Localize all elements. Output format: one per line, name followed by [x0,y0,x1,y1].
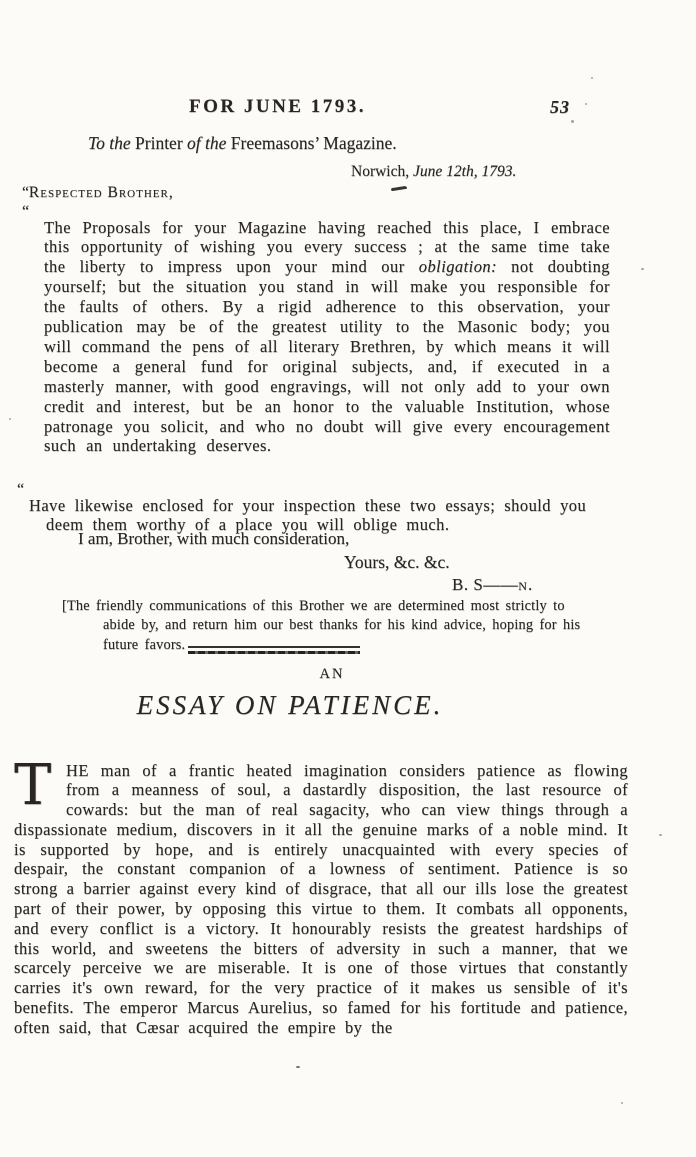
open-quote-mark: “ [22,203,29,221]
ink-flourish [391,186,407,191]
ink-speck [571,120,574,123]
ink-speck [585,103,587,105]
divider-thick-line [188,651,360,655]
essay-pretitle: AN [0,666,664,683]
section-divider-rule [188,646,360,654]
ink-speck [296,1066,300,1068]
page-number: 53 [550,97,570,118]
salutation-text: Respected Brother, [29,184,174,201]
ink-speck [591,77,593,79]
magazine-page: FOR JUNE 1793. 53 To the Printer of the … [0,0,696,1157]
drop-cap-initial: T [14,761,66,802]
running-head-title: FOR JUNE 1793. [189,96,366,118]
ink-speck [621,1102,623,1104]
divider-thin-line [188,646,360,648]
letter-signature: B. S——n. [452,575,533,595]
open-quote-mark: “ [17,481,24,499]
ink-speck [9,418,11,420]
letter-address-line: To the Printer of the Freemasons’ Magazi… [88,133,397,154]
essay-title: ESSAY ON PATIENCE. [0,690,580,721]
letter-dateline: Norwich, June 12th, 1793. [351,163,516,181]
letter-valediction: I am, Brother, with much consideration, [78,529,349,549]
letter-paragraph-1: The Proposals for your Magazine having r… [44,218,610,457]
letter-salutation: “Respected Brother, [22,184,174,202]
essay-body-text: HE man of a frantic heated imagination c… [14,761,628,1037]
ink-speck [641,268,644,270]
letter-closing: Yours, &c. &c. [344,552,450,573]
essay-body-paragraph: THE man of a frantic heated imagination … [14,761,628,1038]
ink-speck [659,834,662,836]
open-quote-mark: “ [22,184,29,201]
